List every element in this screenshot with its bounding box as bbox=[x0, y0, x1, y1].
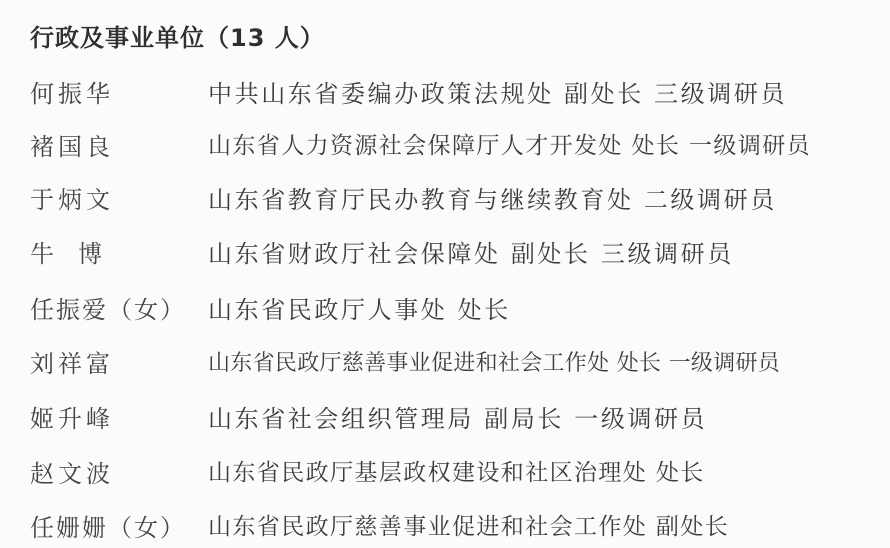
person-position: 山东省人力资源社会保障厅人才开发处 处长 一级调研员 bbox=[208, 127, 811, 160]
person-position: 山东省财政厅社会保障处 副处长 三级调研员 bbox=[208, 234, 734, 269]
person-name: 赵文波 bbox=[30, 454, 114, 489]
person-name: 于炳文 bbox=[30, 180, 114, 215]
person-position: 中共山东省委编办政策法规处 副处长 三级调研员 bbox=[208, 74, 787, 109]
person-position: 山东省民政厅慈善事业促进和社会工作处 副处长 bbox=[208, 508, 729, 541]
person-name: 褚国良 bbox=[30, 127, 114, 162]
list-item: 褚国良 山东省人力资源社会保障厅人才开发处 处长 一级调研员 bbox=[0, 127, 890, 167]
person-position: 山东省社会组织管理局 副局长 一级调研员 bbox=[208, 399, 707, 434]
person-position: 山东省民政厅人事处 处长 bbox=[208, 290, 511, 325]
person-name: 姬升峰 bbox=[30, 399, 114, 434]
person-name: 任姗姗（女） bbox=[30, 508, 186, 543]
section-heading: 行政及事业单位（13 人） bbox=[30, 18, 325, 53]
person-position: 山东省教育厅民办教育与继续教育处 二级调研员 bbox=[208, 180, 777, 215]
person-name: 任振爱（女） bbox=[30, 290, 186, 325]
document-page: 行政及事业单位（13 人） 何振华 中共山东省委编办政策法规处 副处长 三级调研… bbox=[0, 0, 890, 548]
person-name: 牛博 bbox=[30, 234, 126, 269]
list-item: 牛博 山东省财政厅社会保障处 副处长 三级调研员 bbox=[0, 234, 890, 274]
list-item: 任振爱（女） 山东省民政厅人事处 处长 bbox=[0, 290, 890, 330]
list-item: 于炳文 山东省教育厅民办教育与继续教育处 二级调研员 bbox=[0, 180, 890, 220]
list-item: 何振华 中共山东省委编办政策法规处 副处长 三级调研员 bbox=[0, 74, 890, 114]
list-item: 姬升峰 山东省社会组织管理局 副局长 一级调研员 bbox=[0, 399, 890, 439]
person-name: 何振华 bbox=[30, 74, 114, 109]
person-position: 山东省民政厅慈善事业促进和社会工作处 处长 一级调研员 bbox=[208, 346, 780, 377]
list-item: 刘祥富 山东省民政厅慈善事业促进和社会工作处 处长 一级调研员 bbox=[0, 344, 890, 384]
person-name: 刘祥富 bbox=[30, 344, 114, 379]
list-item: 赵文波 山东省民政厅基层政权建设和社区治理处 处长 bbox=[0, 454, 890, 494]
person-position: 山东省民政厅基层政权建设和社区治理处 处长 bbox=[208, 454, 705, 487]
list-item: 任姗姗（女） 山东省民政厅慈善事业促进和社会工作处 副处长 bbox=[0, 508, 890, 548]
